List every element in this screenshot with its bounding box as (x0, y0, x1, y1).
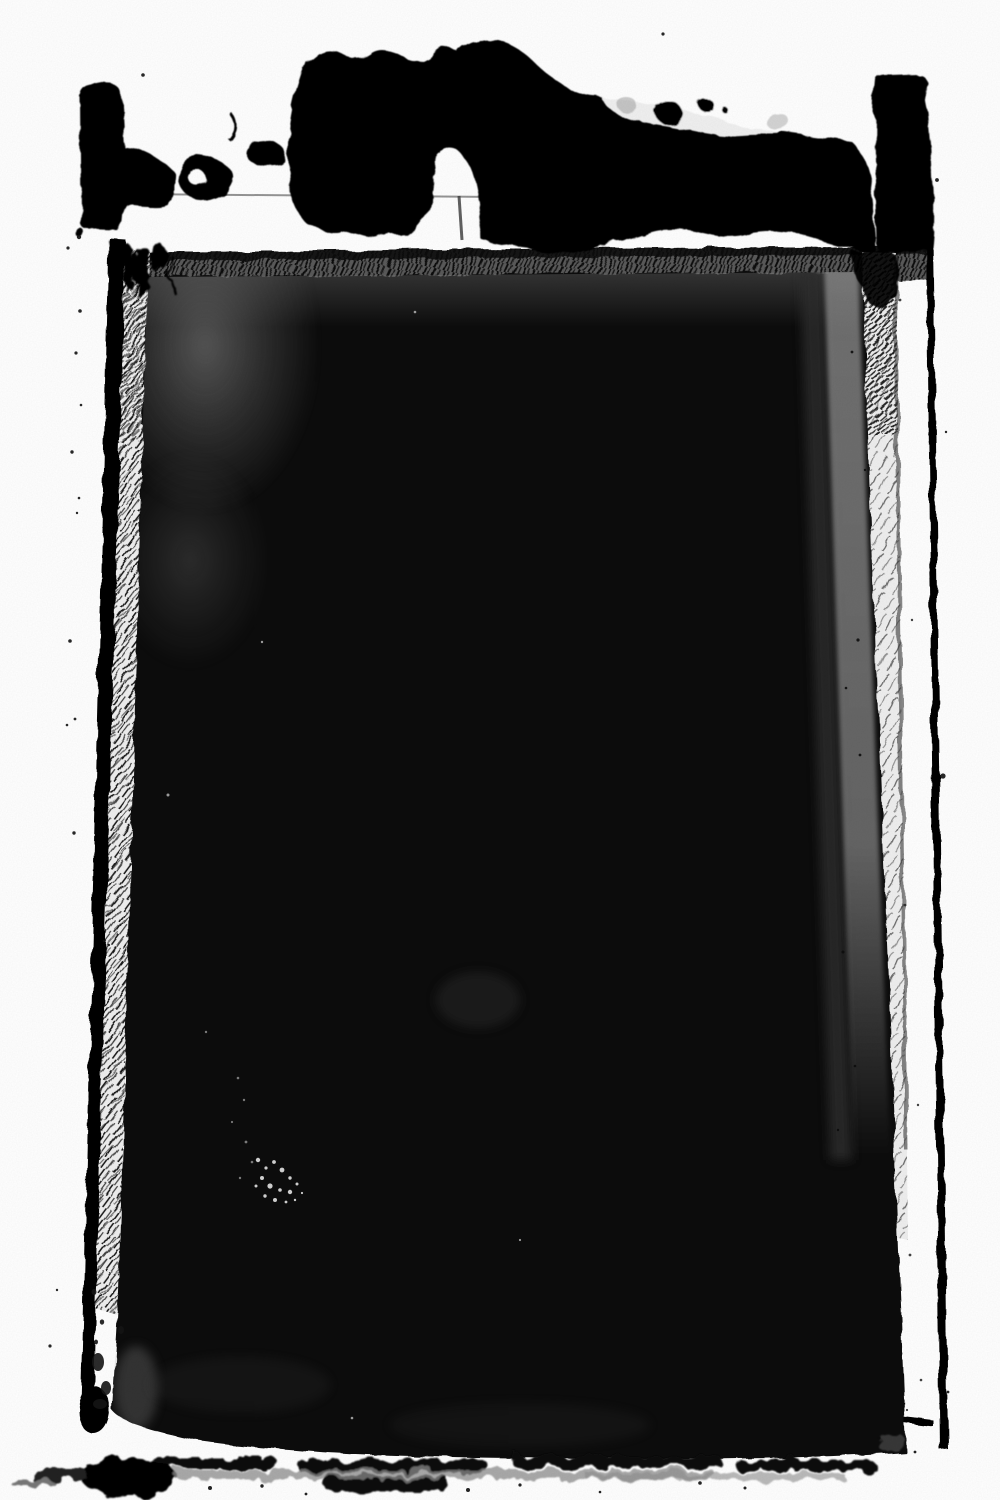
print-page (0, 0, 1000, 1500)
film-grain-overlay (0, 0, 1000, 1500)
artwork-image (0, 0, 1000, 1500)
